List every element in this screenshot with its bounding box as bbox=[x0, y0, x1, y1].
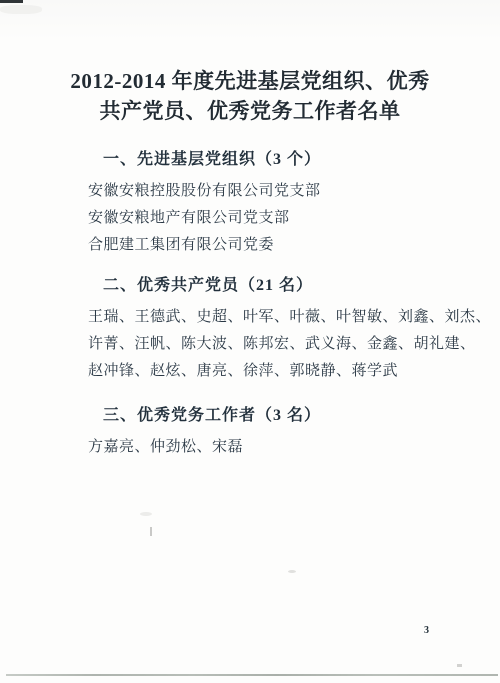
scan-artifact-speck bbox=[150, 527, 152, 536]
document-title: 2012-2014 年度先进基层党组织、优秀 共产党员、优秀党务工作者名单 bbox=[0, 66, 500, 126]
scanned-document-page: 2012-2014 年度先进基层党组织、优秀 共产党员、优秀党务工作者名单 一、… bbox=[0, 0, 500, 683]
name-list-line: 方嘉亮、仲劲松、宋磊 bbox=[88, 434, 460, 461]
name-list-line: 许菁、汪帆、陈大波、陈邦宏、武义海、金鑫、胡礼建、 bbox=[88, 331, 460, 358]
scan-artifact-speck bbox=[457, 664, 462, 667]
section-heading-advanced-party-organizations: 一、先进基层党组织（3 个） bbox=[103, 150, 460, 170]
scan-artifact-corner-mark bbox=[0, 0, 23, 3]
list-item-organization: 安徽安粮地产有限公司党支部 bbox=[88, 205, 460, 232]
section-outstanding-party-affairs-workers: 三、优秀党务工作者（3 名） 方嘉亮、仲劲松、宋磊 bbox=[88, 406, 460, 461]
scan-artifact-bottom-edge-line bbox=[6, 674, 498, 676]
name-list-line: 王瑞、王德武、史超、叶军、叶薇、叶智敏、刘鑫、刘杰、 bbox=[88, 304, 460, 331]
document-title-line1: 2012-2014 年度先进基层党组织、优秀 bbox=[0, 66, 500, 96]
section-outstanding-party-members: 二、优秀共产党员（21 名） 王瑞、王德武、史超、叶军、叶薇、叶智敏、刘鑫、刘杰… bbox=[88, 276, 460, 385]
section-heading-outstanding-party-affairs-workers: 三、优秀党务工作者（3 名） bbox=[103, 406, 460, 426]
section-heading-outstanding-party-members: 二、优秀共产党员（21 名） bbox=[103, 276, 460, 296]
scan-artifact-speck bbox=[288, 570, 296, 573]
name-list-line: 赵冲锋、赵炫、唐亮、徐萍、郭晓静、蒋学武 bbox=[88, 358, 460, 385]
scan-artifact-corner-smudge bbox=[0, 5, 42, 14]
list-item-organization: 安徽安粮控股股份有限公司党支部 bbox=[88, 178, 460, 205]
scan-artifact-speck bbox=[140, 512, 152, 516]
document-title-line2: 共产党员、优秀党务工作者名单 bbox=[0, 96, 500, 126]
section-advanced-party-organizations: 一、先进基层党组织（3 个） 安徽安粮控股股份有限公司党支部 安徽安粮地产有限公… bbox=[88, 150, 460, 259]
page-number: 3 bbox=[424, 625, 429, 636]
list-item-organization: 合肥建工集团有限公司党委 bbox=[88, 232, 460, 259]
